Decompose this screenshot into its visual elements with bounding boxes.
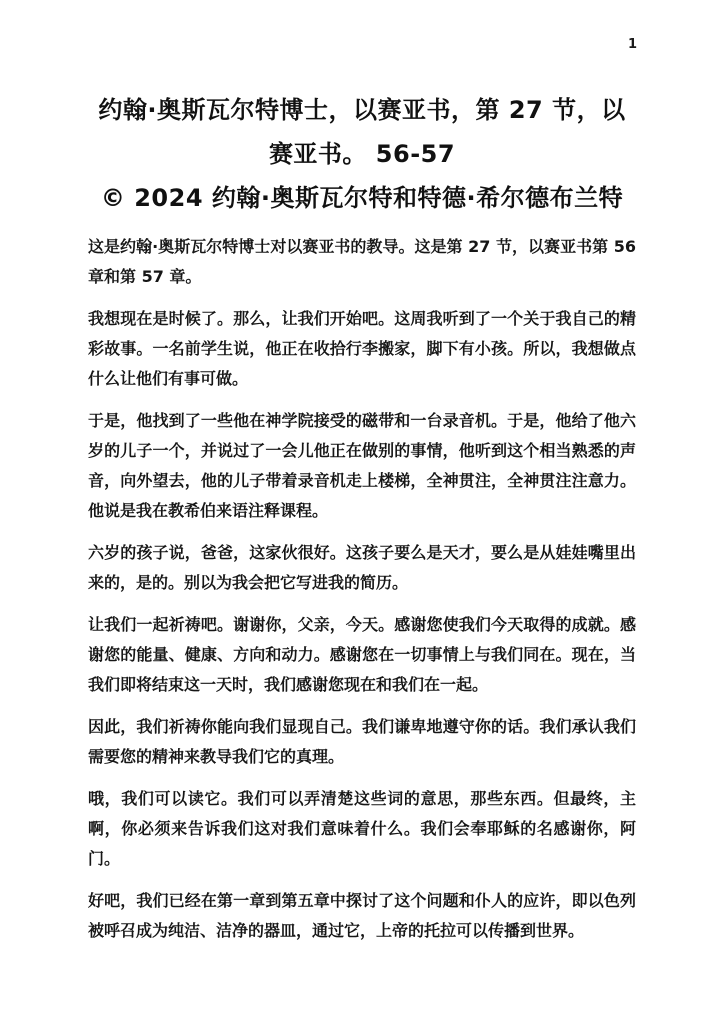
- document-title: 约翰·奥斯瓦尔特博士，以赛亚书，第 27 节，以赛亚书。 56-57: [88, 88, 636, 176]
- paragraph: 我想现在是时候了。那么，让我们开始吧。这周我听到了一个关于我自己的精彩故事。一名…: [88, 304, 636, 394]
- paragraph: 好吧，我们已经在第一章到第五章中探讨了这个问题和仆人的应许，即以色列被呼召成为纯…: [88, 886, 636, 946]
- paragraph: 因此，我们祈祷你能向我们显现自己。我们谦卑地遵守你的话。我们承认我们需要您的精神…: [88, 712, 636, 772]
- paragraph: 于是，他找到了一些他在神学院接受的磁带和一台录音机。于是，他给了他六岁的儿子一个…: [88, 406, 636, 526]
- paragraph: 哦，我们可以读它。我们可以弄清楚这些词的意思，那些东西。但最终，主啊，你必须来告…: [88, 784, 636, 874]
- copyright-line: © 2024 约翰·奥斯瓦尔特和特德·希尔德布兰特: [88, 176, 636, 220]
- paragraph: 六岁的孩子说，爸爸，这家伙很好。这孩子要么是天才，要么是从娃娃嘴里出来的，是的。…: [88, 538, 636, 598]
- document-page: 1 约翰·奥斯瓦尔特博士，以赛亚书，第 27 节，以赛亚书。 56-57 © 2…: [0, 0, 724, 1024]
- page-content: 约翰·奥斯瓦尔特博士，以赛亚书，第 27 节，以赛亚书。 56-57 © 202…: [0, 0, 724, 946]
- paragraph: 让我们一起祈祷吧。谢谢你，父亲，今天。感谢您使我们今天取得的成就。感谢您的能量、…: [88, 610, 636, 700]
- document-body: 这是约翰·奥斯瓦尔特博士对以赛亚书的教导。这是第 27 节，以赛亚书第 56 章…: [88, 232, 636, 946]
- paragraph: 这是约翰·奥斯瓦尔特博士对以赛亚书的教导。这是第 27 节，以赛亚书第 56 章…: [88, 232, 636, 292]
- page-number: 1: [628, 37, 637, 52]
